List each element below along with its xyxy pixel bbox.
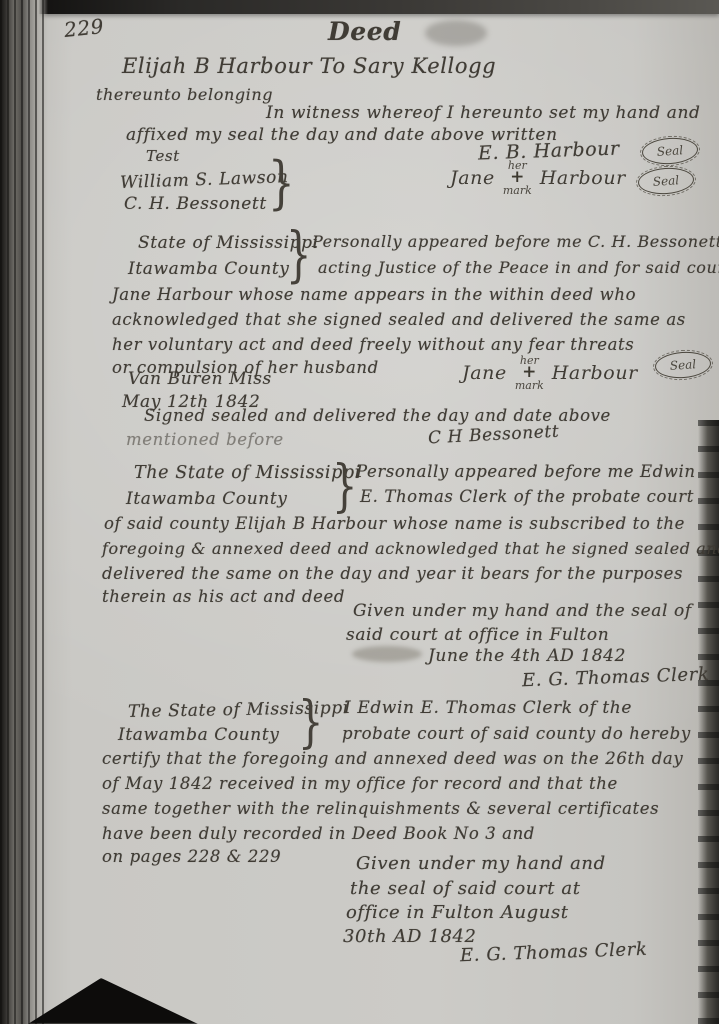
cert-line: have been duly recorded in Deed Book No … <box>102 824 535 843</box>
brace-icon: } <box>268 149 295 215</box>
page-number: 229 <box>63 14 105 42</box>
parties-line: Elijah B Harbour To Sary Kellogg <box>122 54 496 78</box>
ack-line: E. Thomas Clerk of the probate court <box>360 487 694 506</box>
her-mark: her + mark <box>515 355 544 391</box>
doc-title: Deed <box>328 17 401 46</box>
ack-line: Personally appeared before me Edwin <box>356 462 696 481</box>
her-mark: her + mark <box>503 160 532 196</box>
ack-line: her voluntary act and deed freely withou… <box>112 335 634 354</box>
brace-icon: } <box>298 691 323 755</box>
place-line: Van Buren Miss <box>128 369 272 389</box>
ack-line: therein as his act and deed <box>102 587 345 606</box>
mark-cross-icon: + <box>522 366 536 380</box>
book-top-edge <box>0 0 719 14</box>
deed-record-page: 229 Deed Elijah B Harbour To Sary Kellog… <box>0 0 719 1024</box>
page-right-edge <box>698 420 719 1024</box>
officer-signature: E. G. Thomas Clerk <box>460 939 648 967</box>
seal-badge: Seal <box>641 136 699 166</box>
seal-badge: Seal <box>637 166 695 196</box>
given-line: said court at office in Fulton <box>346 625 609 645</box>
county-line: Itawamba County <box>128 259 290 279</box>
mark-word-bottom: mark <box>515 380 544 391</box>
corner-clip-shadow <box>28 978 198 1024</box>
body-line: thereunto belonging <box>96 85 273 104</box>
ack-line: delivered the same on the day and year i… <box>102 564 683 583</box>
ack-line: of said county Elijah B Harbour whose na… <box>104 514 685 533</box>
seal-label: Seal <box>656 143 683 159</box>
cert-line: I Edwin E. Thomas Clerk of the <box>344 698 632 718</box>
signature-last-name: Harbour <box>540 167 626 189</box>
brace-icon: } <box>286 221 311 290</box>
ack-line: acting Justice of the Peace in and for s… <box>318 258 719 277</box>
signature-first-name: Jane <box>450 167 495 189</box>
officer-signature: E. G. Thomas Clerk <box>522 664 710 692</box>
ack-line: Personally appeared before me C. H. Bess… <box>312 232 719 251</box>
binding-gutter <box>0 0 48 1024</box>
given-line: 30th AD 1842 <box>343 926 477 947</box>
state-line: The State of Mississippi <box>134 463 361 483</box>
date-line: June the 4th AD 1842 <box>428 646 626 666</box>
test-label: Test <box>146 147 180 165</box>
signature-first-name: Jane <box>462 362 507 384</box>
signature-last-name: Harbour <box>552 362 638 384</box>
cert-line: same together with the relinquishments &… <box>102 799 659 818</box>
jane-mark-signature: Jane her + mark Harbour <box>462 355 638 391</box>
given-line: Given under my hand and the seal of <box>353 601 692 621</box>
given-line: office in Fulton August <box>346 902 569 923</box>
mark-word-bottom: mark <box>503 185 532 196</box>
erased-word-smudge <box>352 646 422 662</box>
delivered-line: mentioned before <box>126 430 284 449</box>
ack-line: foregoing & annexed deed and acknowledge… <box>102 539 719 558</box>
cert-line: certify that the foregoing and annexed d… <box>102 749 683 768</box>
cert-line: probate court of said county do hereby <box>342 724 691 743</box>
seal-label: Seal <box>669 357 696 373</box>
witness-signature: C. H. Bessonett <box>124 194 267 214</box>
body-line: In witness whereof I hereunto set my han… <box>266 103 701 123</box>
mark-cross-icon: + <box>510 171 524 185</box>
given-line: the seal of said court at <box>350 878 581 899</box>
officer-signature: C H Bessonett <box>428 422 560 449</box>
ack-line: Jane Harbour whose name appears in the w… <box>112 285 636 304</box>
jane-mark-signature: Jane her + mark Harbour <box>450 160 626 196</box>
witness-signature: William S. Lawson <box>120 167 289 193</box>
ink-stain <box>425 20 487 46</box>
cert-line: on pages 228 & 229 <box>102 847 281 866</box>
seal-badge: Seal <box>654 350 712 380</box>
seal-label: Seal <box>652 173 679 189</box>
cert-line: of May 1842 received in my office for re… <box>102 774 618 793</box>
county-line: Itawamba County <box>126 489 288 509</box>
ack-line: acknowledged that she signed sealed and … <box>112 310 686 329</box>
county-line: Itawamba County <box>118 725 280 745</box>
given-line: Given under my hand and <box>356 853 606 874</box>
brace-icon: } <box>332 455 357 519</box>
